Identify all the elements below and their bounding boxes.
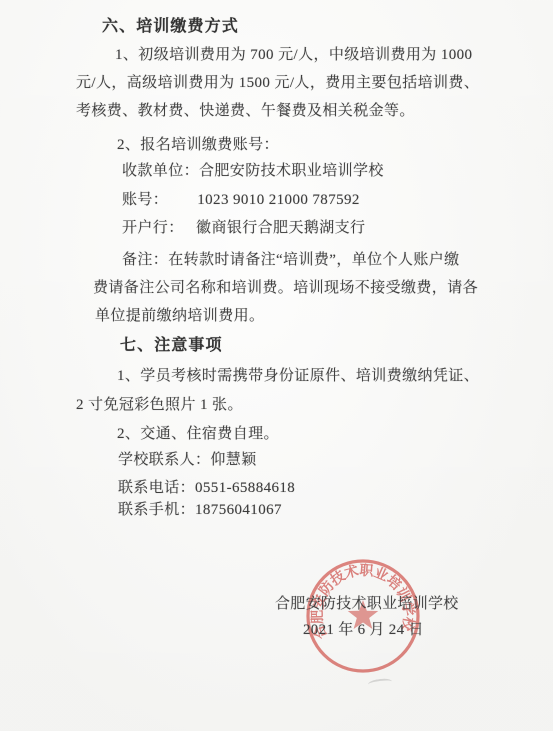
line-remark-3: 单位提前缴纳培训费用。: [95, 308, 264, 325]
line-fee-senior: 元/人，高级培训费用为 1500 元/人，费用主要包括培训费、: [76, 75, 479, 92]
line-note-2: 2、交通、住宿费自理。: [117, 426, 279, 443]
signature-date: 2021 年 6 月 24 日: [303, 622, 424, 639]
line-bank-branch: 开户行： 徽商银行合肥天鹅湖支行: [122, 220, 365, 237]
line-fee-junior-intermediate: 1、初级培训费用为 700 元/人，中级培训费用为 1000: [115, 47, 472, 64]
signature-organization: 合肥安防技术职业培训学校: [275, 596, 459, 613]
line-payee-name: 收款单位：合肥安防技术职业培训学校: [122, 163, 384, 180]
line-account-number: 账号： 1023 9010 21000 787592: [122, 192, 360, 209]
line-remark-2: 费请备注公司名称和培训费。培训现场不接受缴费，请各: [93, 280, 478, 297]
heading-section-six: 六、培训缴费方式: [102, 18, 239, 35]
line-note-1a: 1、学员考核时需携带身份证原件、培训费缴纳凭证、: [117, 368, 479, 385]
line-payment-account-heading: 2、报名培训缴费账号：: [117, 137, 279, 154]
line-contact-mobile: 联系手机：18756041067: [118, 502, 282, 519]
official-seal-stamp: 合肥安防技术职业培训学校: [303, 556, 423, 676]
line-contact-person: 学校联系人：仰慧颖: [118, 452, 257, 469]
heading-section-seven: 七、注意事项: [120, 337, 223, 354]
line-contact-phone: 联系电话：0551-65884618: [118, 480, 295, 497]
line-note-1b: 2 寸免冠彩色照片 1 张。: [76, 397, 243, 414]
scan-smudge-mark: [368, 678, 393, 689]
line-remark-1: 备注：在转款时请备注“培训费”，单位个人账户缴: [122, 252, 460, 269]
scanned-document-page: 六、培训缴费方式 1、初级培训费用为 700 元/人，中级培训费用为 1000 …: [0, 0, 553, 731]
line-fee-includes: 考核费、教材费、快递费、午餐费及相关税金等。: [76, 103, 415, 120]
